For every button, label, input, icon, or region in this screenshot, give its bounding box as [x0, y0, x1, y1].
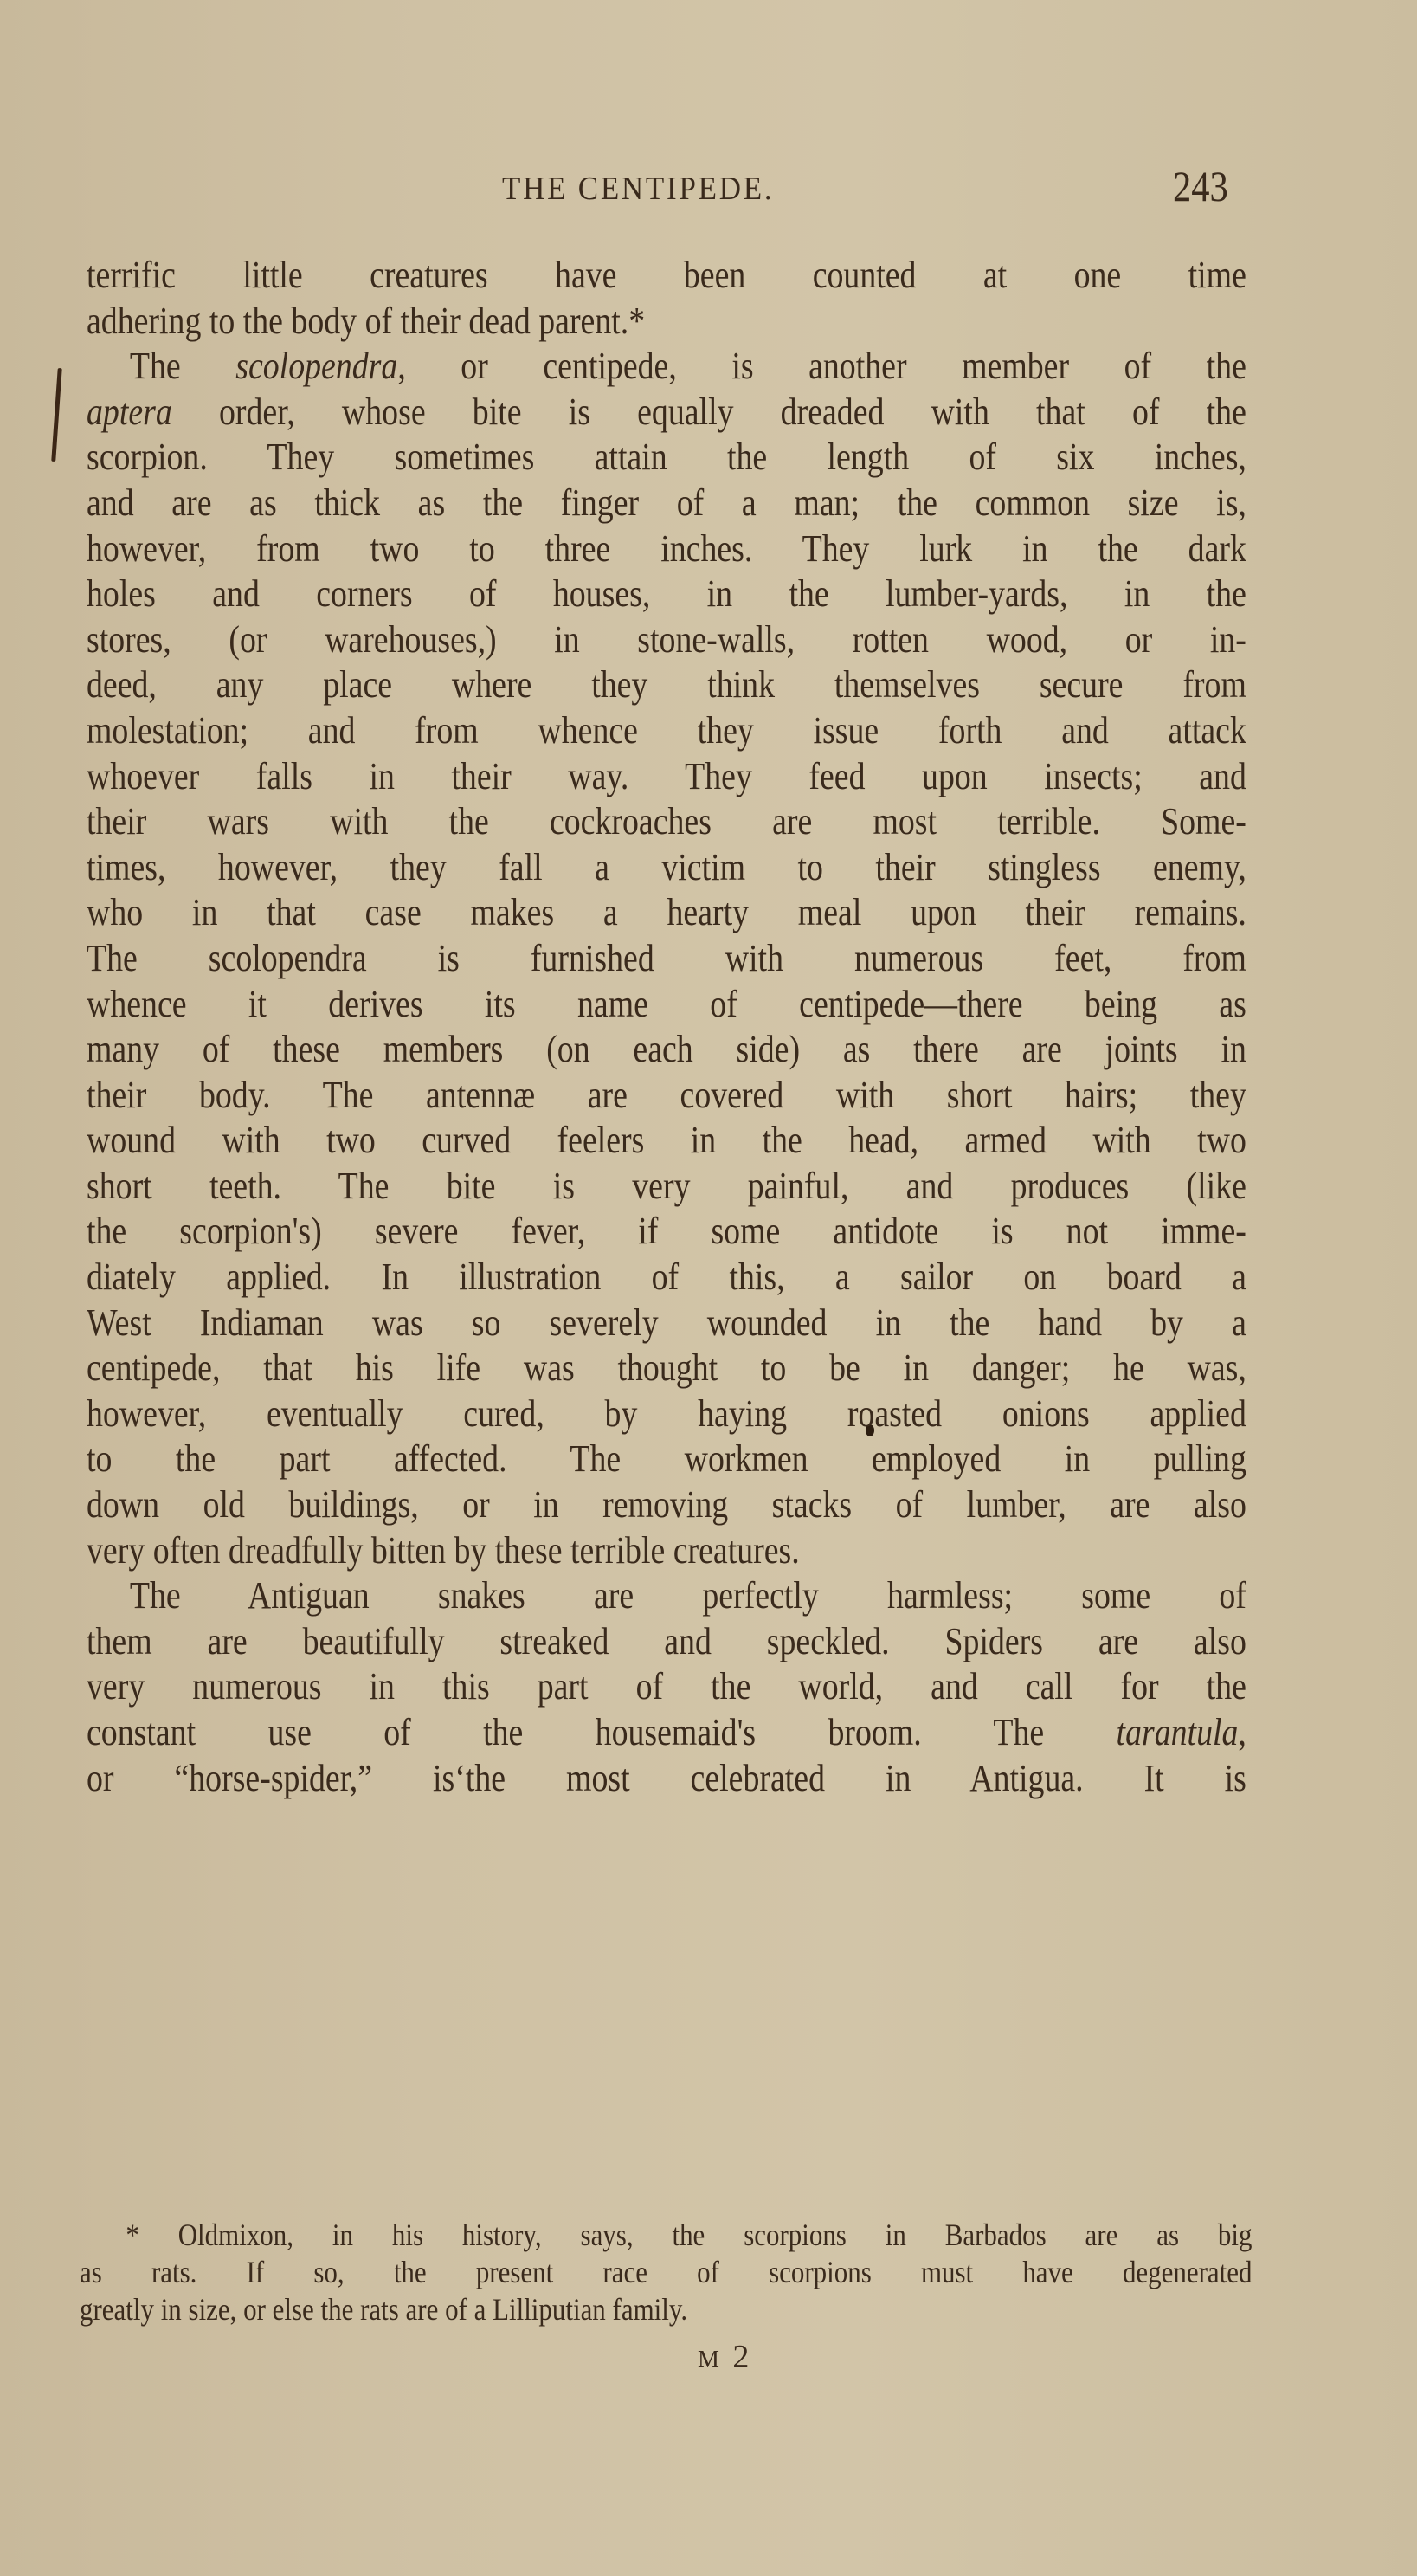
text-line: The Antiguan snakes are perfectly harmle…	[87, 1573, 1246, 1619]
text-line: constant use of the housemaid's broom. T…	[87, 1710, 1246, 1756]
footnote: * Oldmixon, in his history, says, the sc…	[80, 2217, 1257, 2328]
text-line: short teeth. The bite is very painful, a…	[87, 1164, 1246, 1210]
text-line: stores, (or warehouses,) in stone-walls,…	[87, 617, 1246, 663]
text-line: very numerous in this part of the world,…	[87, 1664, 1246, 1710]
text-line: their body. The antennæ are covered with…	[87, 1073, 1246, 1119]
text-line: to the part affected. The workmen employ…	[87, 1436, 1246, 1482]
margin-mark	[51, 368, 62, 462]
text-line: adhering to the body of their dead paren…	[87, 299, 1246, 345]
text-line: whoever falls in their way. They feed up…	[87, 754, 1246, 800]
text-line: however, from two to three inches. They …	[87, 526, 1246, 572]
text-line: terrific little creatures have been coun…	[87, 253, 1246, 299]
text-line: down old buildings, or in removing stack…	[87, 1482, 1246, 1528]
italic-term: scolopendra	[235, 345, 397, 387]
text-line: their wars with the cockroaches are most…	[87, 799, 1246, 845]
italic-term: tarantula	[1117, 1711, 1239, 1753]
body-text: terrific little creatures have been coun…	[87, 253, 1246, 1801]
signature-letter: M	[698, 2347, 725, 2373]
text-line: West Indiaman was so severely wounded in…	[87, 1301, 1246, 1346]
text-line: many of these members (on each side) as …	[87, 1027, 1246, 1073]
text-line: who in that case makes a hearty meal upo…	[87, 890, 1246, 936]
signature-mark: M 2	[698, 2338, 749, 2376]
text-line: deed, any place where they think themsel…	[87, 662, 1246, 708]
text-line: the scorpion's) severe fever, if some an…	[87, 1209, 1246, 1255]
text-line: The scolopendra is furnished with numero…	[87, 936, 1246, 982]
text-line: however, eventually cured, by haying roa…	[87, 1391, 1246, 1437]
text-line: or “horse-spider,” is‘the most celebrate…	[87, 1756, 1246, 1802]
footnote-line: * Oldmixon, in his history, says, the sc…	[80, 2217, 1253, 2254]
text-line: centipede, that his life was thought to …	[87, 1346, 1246, 1391]
text-line: wound with two curved feelers in the hea…	[87, 1118, 1246, 1164]
text-line: diately applied. In illustration of this…	[87, 1255, 1246, 1301]
text-line: molestation; and from whence they issue …	[87, 708, 1246, 754]
page-header: THE CENTIPEDE. 243	[0, 170, 1417, 222]
text-line: scorpion. They sometimes attain the leng…	[87, 435, 1246, 481]
text-span: The	[130, 345, 235, 387]
page-number: 243	[1173, 161, 1228, 211]
text-line: very often dreadfully bitten by these te…	[87, 1528, 1246, 1574]
italic-term: aptera	[87, 391, 172, 433]
text-span: order, whose bite is equally dreaded wit…	[172, 391, 1246, 433]
text-span: ,	[1238, 1711, 1246, 1753]
text-line: aptera order, whose bite is equally drea…	[87, 390, 1246, 436]
footnote-line: greatly in size, or else the rats are of…	[80, 2291, 1253, 2328]
text-span: , or centipede, is another member of the	[397, 345, 1246, 387]
text-line: whence it derives its name of centipede—…	[87, 982, 1246, 1028]
text-span: constant use of the housemaid's broom. T…	[87, 1711, 1117, 1753]
signature-number: 2	[732, 2339, 749, 2375]
text-line: and are as thick as the finger of a man;…	[87, 481, 1246, 526]
footnote-line: as rats. If so, the present race of scor…	[80, 2254, 1253, 2291]
text-line: holes and corners of houses, in the lumb…	[87, 571, 1246, 617]
text-line: The scolopendra, or centipede, is anothe…	[87, 344, 1246, 390]
running-title: THE CENTIPEDE.	[502, 170, 774, 208]
text-line: times, however, they fall a victim to th…	[87, 845, 1246, 891]
text-line: them are beautifully streaked and speckl…	[87, 1619, 1246, 1665]
